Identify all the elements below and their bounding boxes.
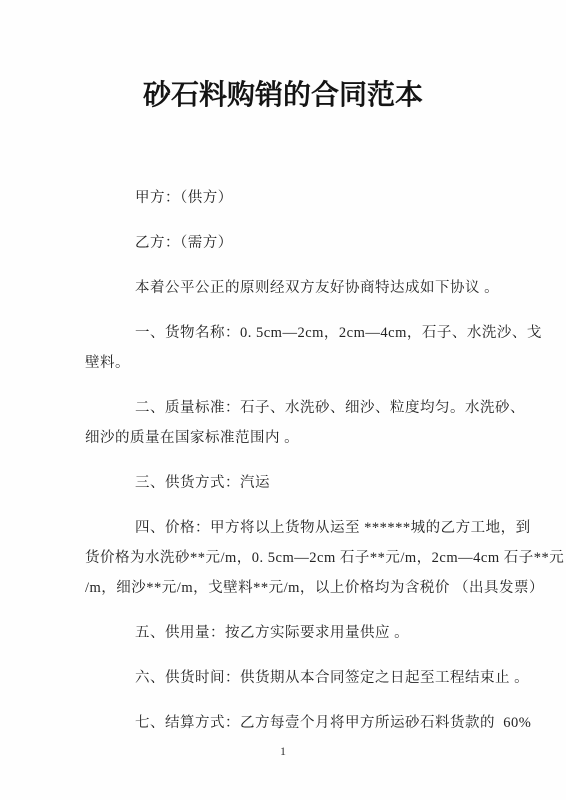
paragraph-clause-2: 二、质量标准：石子、水洗砂、细沙、粒度均匀。水洗砂、 细沙的质量在国家标准范围内… — [85, 393, 508, 453]
contract-line: 壁料。 — [85, 348, 508, 378]
contract-line: /m，细沙**元/m，戈壁料**元/m，以上价格均为含税价 （出具发票） — [85, 573, 508, 603]
contract-line: 甲方：（供方） — [85, 183, 508, 213]
contract-line: 细沙的质量在国家标准范围内 。 — [85, 423, 508, 453]
paragraph-clause-6: 六、供货时间：供货期从本合同签定之日起至工程结束止 。 — [85, 663, 508, 693]
page-number: 1 — [0, 744, 566, 759]
contract-body: 甲方：（供方） 乙方：（需方） 本着公平公正的原则经双方友好协商特达成如下协议 … — [85, 183, 508, 738]
contract-line: 二、质量标准：石子、水洗砂、细沙、粒度均匀。水洗砂、 — [85, 393, 508, 423]
contract-line: 乙方：（需方） — [85, 228, 508, 258]
paragraph-clause-3: 三、供货方式：汽运 — [85, 468, 508, 498]
contract-line: 三、供货方式：汽运 — [85, 468, 508, 498]
contract-line: 七、结算方式：乙方每壹个月将甲方所运砂石料货款的 60% — [85, 708, 508, 738]
paragraph-party-b: 乙方：（需方） — [85, 228, 508, 258]
contract-line: 五、供用量：按乙方实际要求用量供应 。 — [85, 618, 508, 648]
contract-line: 六、供货时间：供货期从本合同签定之日起至工程结束止 。 — [85, 663, 508, 693]
contract-line: 一、货物名称：0. 5cm—2cm，2cm—4cm，石子、水洗沙、戈 — [85, 318, 508, 348]
contract-line: 本着公平公正的原则经双方友好协商特达成如下协议 。 — [85, 273, 508, 303]
paragraph-party-a: 甲方：（供方） — [85, 183, 508, 213]
paragraph-clause-5: 五、供用量：按乙方实际要求用量供应 。 — [85, 618, 508, 648]
paragraph-clause-7: 七、结算方式：乙方每壹个月将甲方所运砂石料货款的 60% — [85, 708, 508, 738]
contract-line: 货价格为水洗砂**元/m，0. 5cm—2cm 石子**元/m，2cm—4cm … — [85, 543, 508, 573]
paragraph-preamble: 本着公平公正的原则经双方友好协商特达成如下协议 。 — [85, 273, 508, 303]
contract-line: 四、价格：甲方将以上货物从运至 ******城的乙方工地，到 — [85, 513, 508, 543]
paragraph-clause-1: 一、货物名称：0. 5cm—2cm，2cm—4cm，石子、水洗沙、戈 壁料。 — [85, 318, 508, 378]
document-page: 砂石料购销的合同范本 甲方：（供方） 乙方：（需方） 本着公平公正的原则经双方友… — [0, 0, 566, 800]
document-title: 砂石料购销的合同范本 — [0, 75, 566, 115]
paragraph-clause-4: 四、价格：甲方将以上货物从运至 ******城的乙方工地，到 货价格为水洗砂**… — [85, 513, 508, 603]
